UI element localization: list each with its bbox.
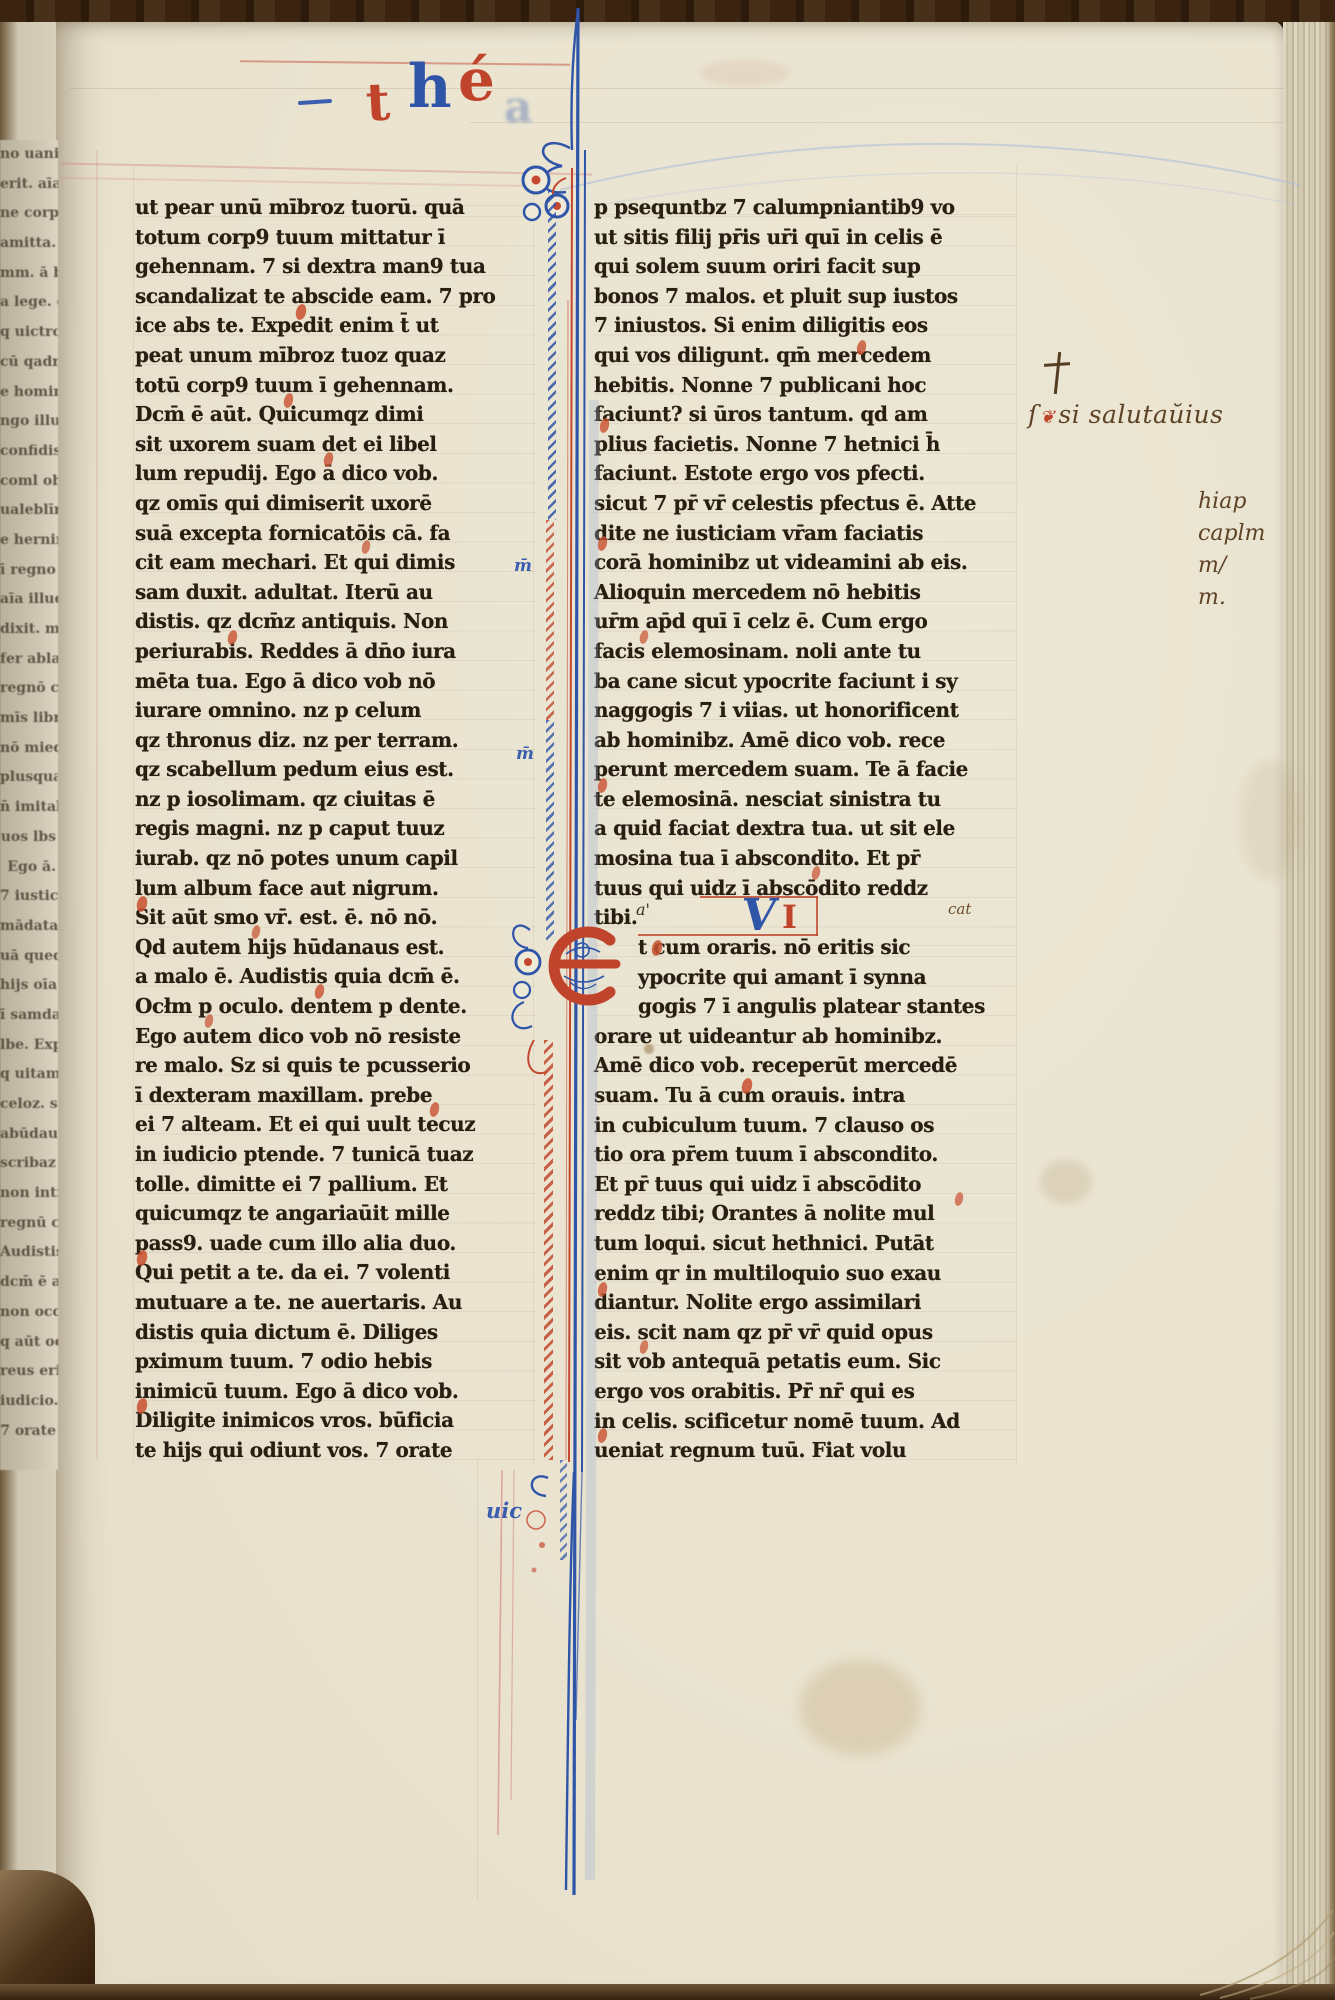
verso-text-fragment: iudicio. q	[0, 1387, 58, 1417]
verso-text-fragment: a lege. don	[0, 288, 58, 318]
manuscript-line: qui solem suum oriri facit sup	[594, 251, 1016, 282]
verso-text-fragment: uā queda	[0, 942, 58, 972]
verso-text-fragment: confidis ru	[0, 437, 58, 467]
verso-text-fragment: plusquam l	[0, 763, 58, 793]
verso-text-fragment: mm. ā b	[0, 259, 58, 289]
verso-text-strip: no uaniterit. aīane corpuamitta. aurmm. …	[0, 140, 58, 1470]
manuscript-line: faciunt. Estote ergo vos pfecti.	[594, 458, 1016, 489]
manuscript-line: faciunt? si ūros tantum. qd am	[594, 399, 1016, 430]
manuscript-line: perunt mercedem suam. Te ā facie	[594, 754, 1016, 785]
verso-text-fragment: q aūt occ	[0, 1328, 58, 1358]
verso-text-fragment: Ego ā.	[0, 853, 58, 883]
verso-text-fragment: lbe. Expd	[0, 1031, 58, 1061]
manuscript-line: ab hominibz. Amē dico vob. rece	[594, 725, 1016, 756]
manuscript-line: ut sitis filij pr̄is ur̄i quī in celis ē	[594, 222, 1016, 253]
bar-bottom-mark: uic	[486, 1498, 522, 1523]
margin-cross-mark	[1044, 352, 1070, 394]
running-title-letter: h	[408, 52, 452, 122]
manuscript-line: hebitis. Nonne 7 publicani hoc	[594, 370, 1016, 401]
decorated-gutter-bar	[470, 0, 650, 1920]
stain-spot	[700, 60, 790, 86]
manuscript-line: facis elemosinam. noli ante tu	[594, 636, 1016, 667]
bottom-binding-edge	[0, 1984, 1335, 2000]
manuscript-line: p psequntbz 7 calumpniantib9 vo	[594, 192, 1016, 223]
bar-scallop-blue	[548, 190, 556, 520]
manuscript-line: Alioquin mercedem nō hebitis	[594, 577, 1016, 608]
verso-text-fragment: erit. aīa	[0, 170, 58, 200]
verso-text-fragment: mādataz	[0, 912, 58, 942]
verso-text-fragment: dixit. mer ta	[0, 615, 58, 645]
stain-spot	[1040, 1160, 1092, 1204]
verso-text-fragment: hijs oīa	[0, 971, 58, 1001]
verso-text-fragment: ī samdalū	[0, 1001, 58, 1031]
verso-text-fragment: 7 orate	[0, 1417, 58, 1447]
verso-text-fragment: amitta. aur	[0, 229, 58, 259]
margin-note-capitulum: hiapcaplmm/m.	[1198, 486, 1265, 614]
gutter-pen-mark: m̄	[516, 744, 534, 764]
manuscript-line: enim qr in multiloquio suo exau	[594, 1258, 1016, 1289]
verso-text-fragment: non occid	[0, 1298, 58, 1328]
verso-text-fragment: q uictro lo	[0, 318, 58, 348]
column-rule	[1016, 165, 1017, 1465]
verso-text-fragment: ne corpu	[0, 199, 58, 229]
gutter-pen-mark: m̄	[514, 556, 532, 576]
verso-text-fragment: uos lbs	[0, 823, 58, 853]
verso-text-fragment: ngo illuc	[0, 407, 58, 437]
manuscript-line: Et pr̄ tuus qui uidz ī abscōdito	[594, 1169, 1016, 1200]
verso-text-fragment: dcm̄ ē an	[0, 1268, 58, 1298]
chapter-numeral-v: V	[738, 890, 779, 941]
manuscript-line: qui vos diligunt. qm̄ mercedem	[594, 340, 1016, 371]
manuscript-line: sit vob antequā petatis eum. Sic	[594, 1346, 1016, 1377]
verso-text-fragment: celoz. si n	[0, 1090, 58, 1120]
margin-note-line: m/	[1198, 550, 1265, 582]
margin-note-line: caplm	[1198, 518, 1265, 550]
verso-text-fragment: mīs librum	[0, 704, 58, 734]
text-column-right-lower: t cum oraris. nō eritis sicypocrite qui …	[594, 932, 1016, 1476]
manuscript-line: a quid faciat dextra tua. ut sit ele	[594, 813, 1016, 844]
verso-text-fragment: reus erit	[0, 1357, 58, 1387]
manuscript-line: tum loqui. sicut hethnici. Putāt	[594, 1228, 1016, 1259]
verso-text-fragment: ī regno celo	[0, 556, 58, 586]
manuscript-line: corā hominibz ut videamini ab eis.	[594, 547, 1016, 578]
manuscript-line: tio ora pr̄em tuum ī abscondito.	[594, 1139, 1016, 1170]
ruling-line	[70, 88, 1284, 89]
running-title-letter: t	[364, 71, 391, 133]
manuscript-photo: no uaniterit. aīane corpuamitta. aurmm. …	[0, 0, 1335, 2000]
manuscript-line: Amē dico vob. receperūt mercedē	[594, 1050, 1016, 1081]
manuscript-line: ba cane sicut ypocrite faciunt i sy	[594, 666, 1016, 697]
note-red-mark: ❦	[1040, 407, 1056, 428]
note-paraph: ſ	[1028, 400, 1038, 429]
verso-text-fragment: aīa illuce	[0, 585, 58, 615]
page-edge-curves	[1195, 1880, 1335, 2000]
column-rule	[133, 165, 134, 1465]
verso-text-fragment: regnū celo	[0, 1209, 58, 1239]
verso-text-fragment: cū qadra	[0, 348, 58, 378]
manuscript-line: ergo vos orabitis. Pr̄ nr̄ qui es	[594, 1376, 1016, 1407]
manuscript-line: sicut 7 pr̄ vr̄ celestis pfectus ē. Atte	[594, 488, 1016, 519]
manuscript-line: diantur. Nolite ergo assimilari	[594, 1287, 1016, 1318]
manuscript-line: in celis. scificetur nomē tuum. Ad	[594, 1406, 1016, 1437]
verso-text-fragment: n̄ imitab.	[0, 793, 58, 823]
verso-text-fragment: e hominis	[0, 378, 58, 408]
manuscript-line: in cubiculum tuum. 7 clauso os	[594, 1110, 1016, 1141]
text-column-right-upper: p psequntbz 7 calumpniantib9 vout sitis …	[594, 192, 1016, 934]
chapter-numeral-i: I	[782, 898, 797, 936]
catchword-note: cat	[948, 900, 971, 918]
top-binding-leather	[0, 0, 1335, 22]
margin-note-text: si salutaŭius	[1058, 400, 1223, 429]
stain-spot	[644, 1044, 654, 1054]
verso-text-fragment: regnō celor	[0, 674, 58, 704]
bar-scallop-blue	[546, 720, 554, 940]
verso-text-fragment: q uitam	[0, 1060, 58, 1090]
bar-scallop-blue	[560, 1460, 567, 1560]
manuscript-line: eis. scit nam qz pr̄ vr̄ quid opus	[594, 1317, 1016, 1348]
chapter-number: a' V I	[636, 888, 836, 940]
margin-note-salutaveritis: ſ❦si salutaŭius	[1028, 400, 1223, 429]
manuscript-line: bonos 7 malos. et pluit sup iustos	[594, 281, 1016, 312]
bar-scallop-red	[544, 1040, 553, 1460]
manuscript-line: 7 iniustos. Si enim diligitis eos	[594, 310, 1016, 341]
manuscript-line: mosina tua ī abscondito. Et pr̄	[594, 843, 1016, 874]
title-dash	[298, 99, 332, 105]
verso-text-fragment: scribaz 7	[0, 1149, 58, 1179]
verso-text-fragment: fer ablat	[0, 645, 58, 675]
stain-spot	[800, 1660, 920, 1755]
stain-spot	[1240, 760, 1300, 880]
verso-text-fragment: Audistis	[0, 1238, 58, 1268]
manuscript-line: dite ne iusticiam vr̄am faciatis	[594, 518, 1016, 549]
verso-text-fragment: ualeblīm	[0, 496, 58, 526]
margin-note-line: m.	[1198, 582, 1265, 614]
verso-text-fragment: 7 iusticia	[0, 882, 58, 912]
verso-text-fragment: coml obis	[0, 467, 58, 497]
manuscript-line: ueniat regnum tuū. Fiat volu	[594, 1435, 1016, 1466]
pink-margin-rule	[96, 150, 98, 1460]
manuscript-line: naggogis 7 i viias. ut honorificent	[594, 695, 1016, 726]
manuscript-line: gogis 7 ī angulis platear stantes	[594, 991, 1016, 1022]
chapter-rubric-line	[816, 896, 818, 936]
manuscript-line: suam. Tu ā cum orauis. intra	[594, 1080, 1016, 1111]
verso-text-fragment: non intra	[0, 1179, 58, 1209]
manuscript-line: plius facietis. Nonne 7 hetnici h̄	[594, 429, 1016, 460]
manuscript-line: reddz tibi; Orantes ā nolite mul	[594, 1198, 1016, 1229]
manuscript-line: ur̄m ap̄d quī ī celz ē. Cum ergo	[594, 606, 1016, 637]
verso-text-fragment: e herniros.	[0, 526, 58, 556]
verso-text-fragment: nō miedo	[0, 734, 58, 764]
right-edge-shadow	[1325, 0, 1335, 2000]
manuscript-line: te elemosinā. nesciat sinistra tu	[594, 784, 1016, 815]
verso-text-fragment: abūdauit	[0, 1120, 58, 1150]
manuscript-line: orare ut uideantur ab hominibz.	[594, 1021, 1016, 1052]
verso-text-fragment: no uanit	[0, 140, 58, 170]
bar-scallop-red	[546, 520, 554, 720]
manuscript-line: ypocrite qui amant ī synna	[594, 962, 1016, 993]
margin-note-line: hiap	[1198, 486, 1265, 518]
